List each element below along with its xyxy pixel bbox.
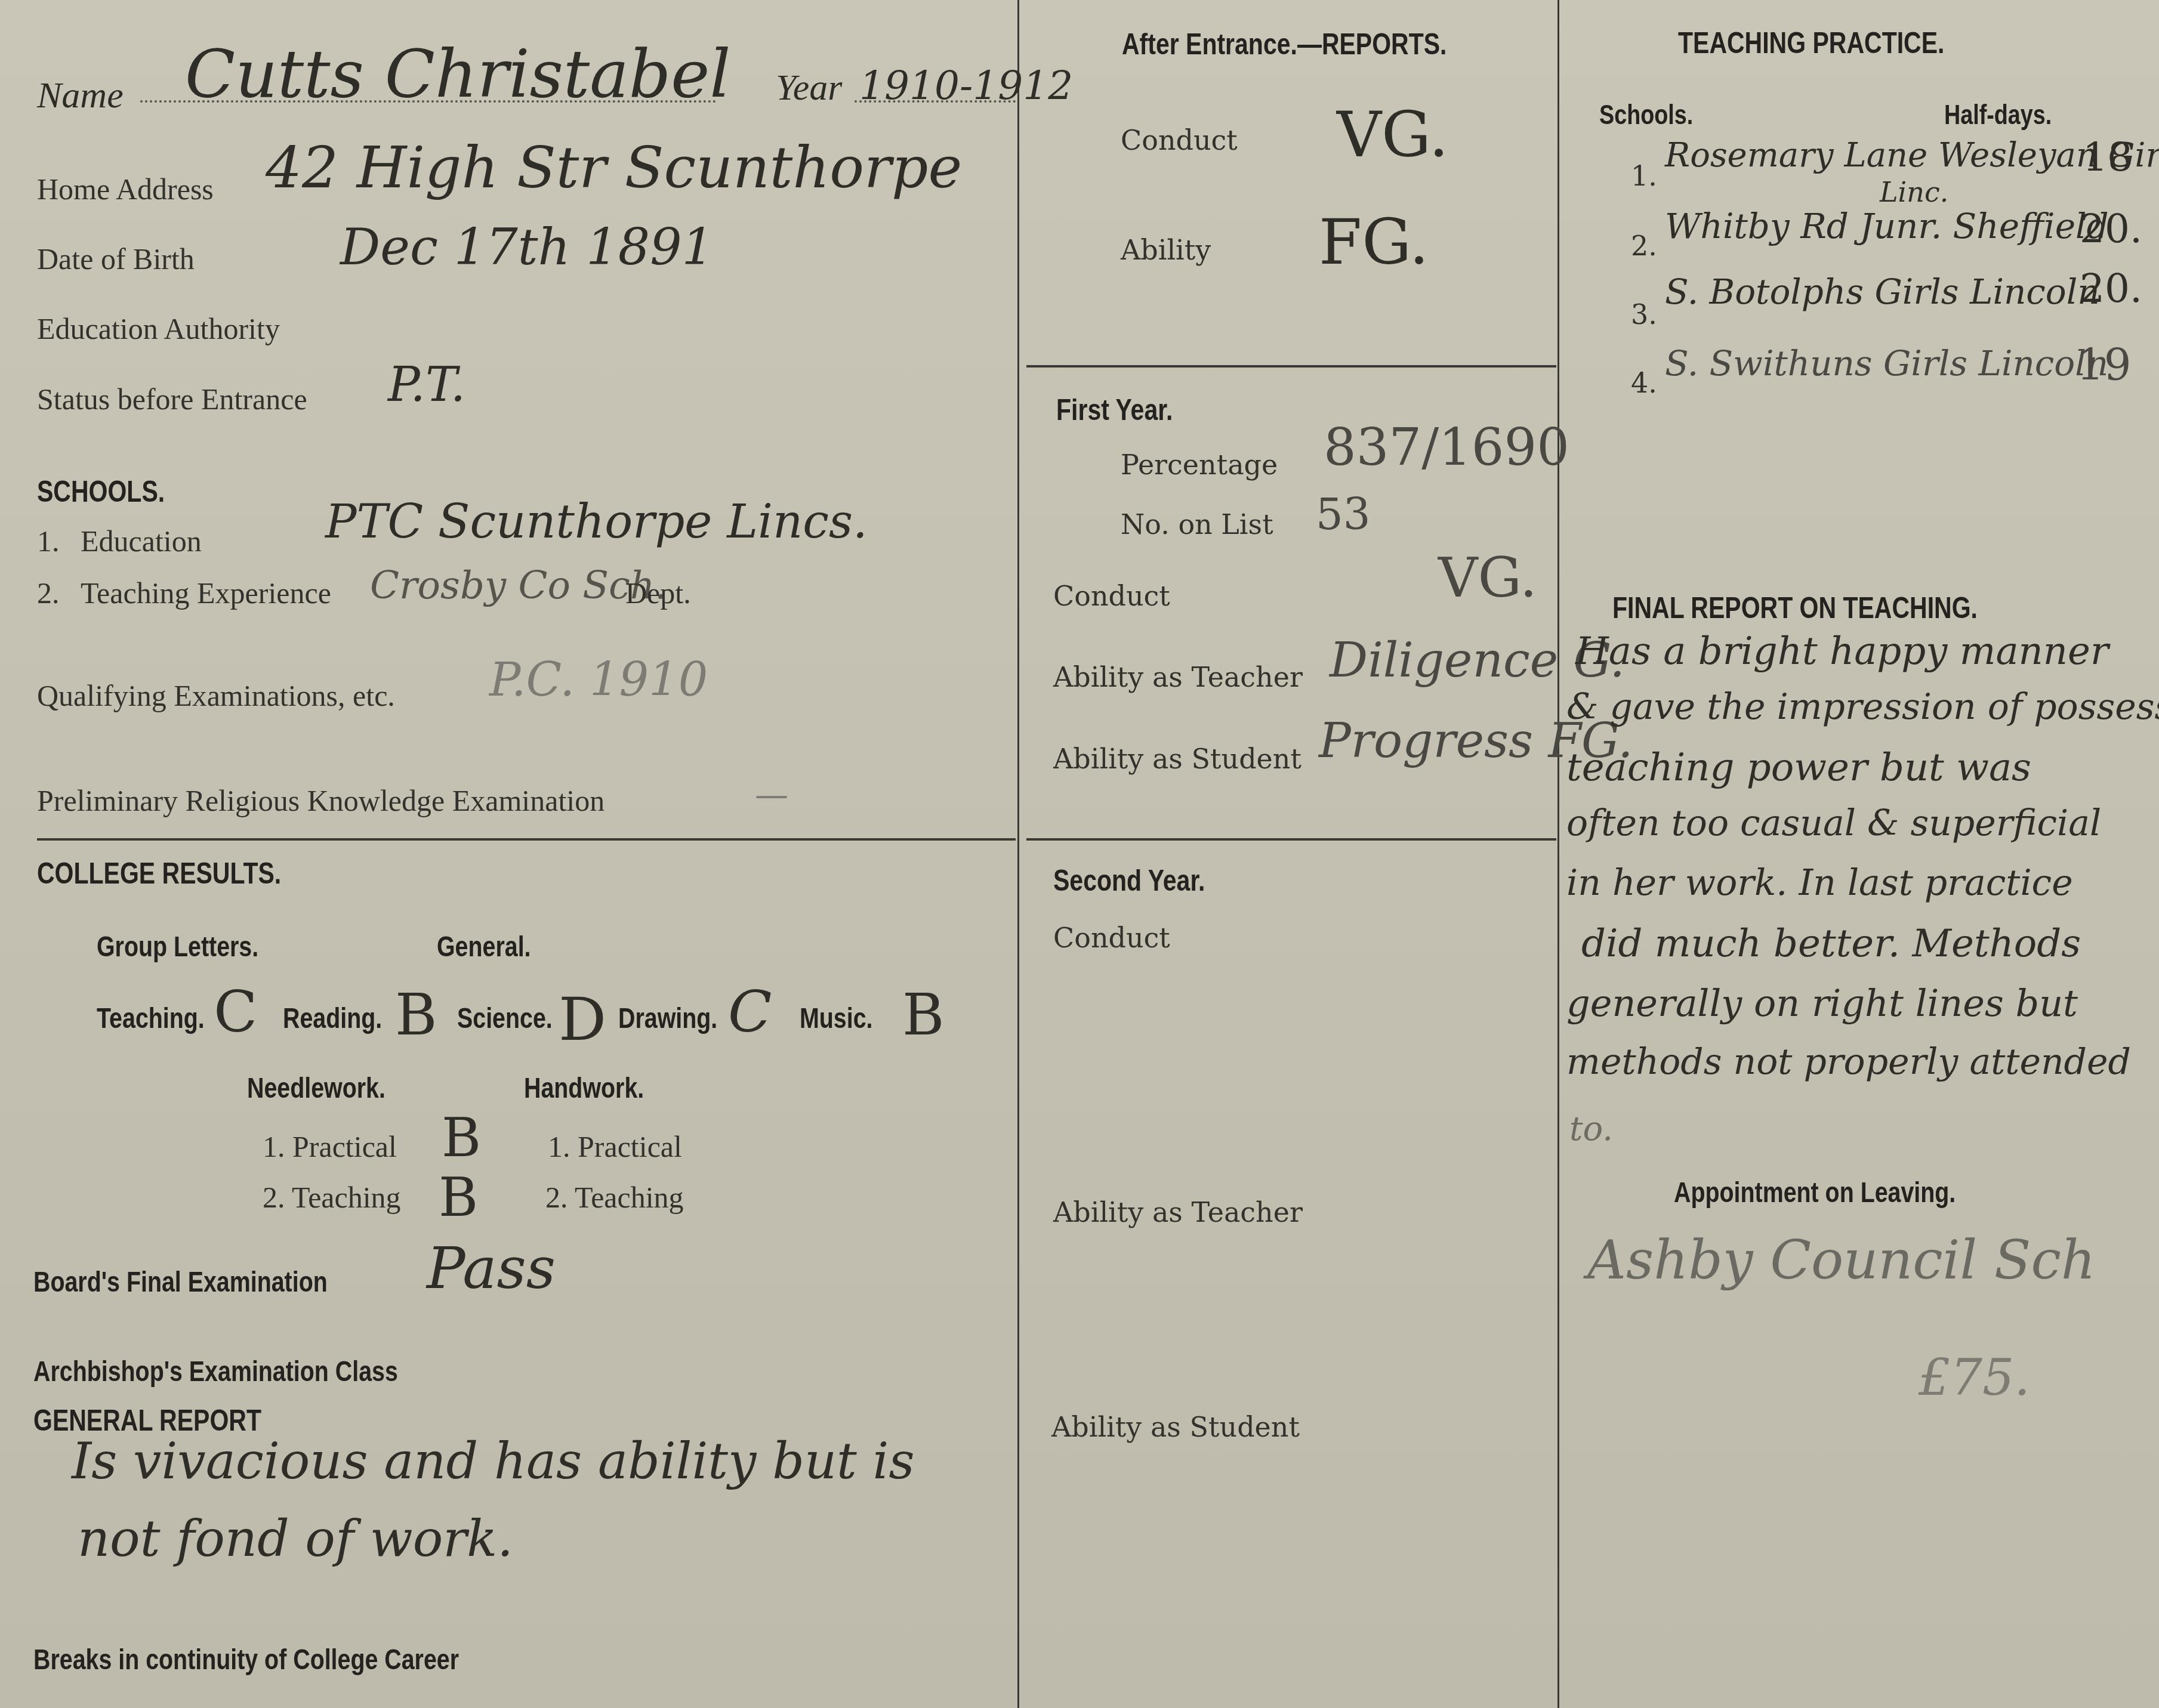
archbishop-label: Archbishop's Examination Class: [33, 1355, 398, 1388]
schools-column-label: Schools.: [1599, 98, 1693, 131]
education-label: Education: [81, 524, 202, 558]
after-entrance-conduct-value: VG.: [1337, 98, 1449, 171]
practice-entry-halfdays: 20.: [2080, 206, 2142, 252]
college-results-heading: COLLEGE RESULTS.: [37, 856, 281, 891]
handwork-label: Handwork.: [524, 1072, 644, 1105]
first-year-conduct-label: Conduct: [1053, 580, 1170, 612]
second-year-ability-student-label: Ability as Student: [1051, 1411, 1300, 1443]
grade-reading-label: Reading.: [283, 1002, 382, 1035]
teaching-practice-heading: TEACHING PRACTICE.: [1678, 26, 1944, 60]
column-divider-left: [1017, 0, 1019, 1708]
second-year-ability-teacher-label: Ability as Teacher: [1053, 1196, 1303, 1228]
column-divider-right: [1557, 0, 1559, 1708]
year-label: Year: [776, 67, 842, 109]
final-report-heading: FINAL REPORT ON TEACHING.: [1612, 591, 1978, 625]
education-num: 1.: [37, 524, 60, 558]
status-value: P.T.: [388, 357, 465, 412]
final-report-line: did much better. Methods: [1581, 922, 2081, 966]
practice-entry-halfdays: 19: [2077, 340, 2132, 390]
handwork-practical-label: 1. Practical: [548, 1129, 682, 1164]
grade-music-value: B: [902, 981, 945, 1048]
name-label: Name: [37, 75, 124, 117]
practice-entry-school: Whitby Rd Junr. Sheffield: [1665, 206, 2109, 246]
after-entrance-ability-label: Ability: [1121, 234, 1211, 266]
first-year-conduct-value: VG.: [1438, 546, 1537, 610]
handwork-teaching-label: 2. Teaching: [545, 1180, 684, 1215]
grade-science-label: Science.: [457, 1002, 553, 1035]
appointment-salary: £75.: [1919, 1348, 2030, 1407]
religious-value: —: [755, 776, 788, 814]
halfdays-column-label: Half-days.: [1944, 98, 2052, 131]
appointment-heading: Appointment on Leaving.: [1674, 1176, 1956, 1209]
general-report-line1: Is vivacious and has ability but is: [72, 1432, 915, 1490]
second-year-heading: Second Year.: [1053, 863, 1205, 898]
year-value: 1910-1912: [859, 63, 1073, 109]
education-authority-label: Education Authority: [37, 311, 280, 346]
section-divider-schools: [37, 838, 1016, 841]
teaching-exp-value: Crosby Co Sch.: [370, 564, 667, 608]
second-year-conduct-label: Conduct: [1053, 922, 1170, 954]
final-report-line: Has a bright happy manner: [1575, 629, 2109, 674]
education-value: PTC Scunthorpe Lincs.: [325, 495, 868, 549]
final-report-line: generally on right lines but: [1566, 981, 2078, 1025]
no-on-list-label: No. on List: [1121, 508, 1273, 540]
final-report-line: & gave the impression of possessing: [1566, 686, 2159, 728]
dob-value: Dec 17th 1891: [340, 218, 714, 276]
first-year-ability-teacher-label: Ability as Teacher: [1053, 661, 1303, 693]
status-label: Status before Entrance: [37, 382, 307, 416]
final-report-line: in her work. In last practice: [1566, 862, 2073, 904]
record-card: Name Cutts Christabel Year 1910-1912 Hom…: [0, 0, 2159, 1708]
after-entrance-ability-value: FG.: [1319, 206, 1429, 279]
qualifying-label: Qualifying Examinations, etc.: [37, 678, 395, 713]
home-address-label: Home Address: [37, 172, 214, 206]
practice-entry-school: S. Swithuns Girls Lincoln: [1665, 343, 2108, 384]
practice-entry-halfdays: 20.: [2080, 265, 2142, 311]
general-grades-row: Teaching. C Reading. B Science. D Drawin…: [97, 978, 992, 1050]
name-value: Cutts Christabel: [185, 36, 731, 112]
practice-entry-num: 2.: [1631, 230, 1657, 262]
after-entrance-heading: After Entrance.—REPORTS.: [1122, 27, 1446, 61]
needlework-teaching-value: B: [439, 1166, 478, 1229]
final-report-line: often too casual & superficial: [1566, 802, 2101, 844]
practice-entry-school-line2: Linc.: [1880, 176, 1948, 208]
practice-entry-num: 3.: [1631, 298, 1657, 331]
first-year-heading: First Year.: [1056, 393, 1173, 427]
no-on-list-value: 53: [1316, 489, 1371, 539]
first-year-ability-student-label: Ability as Student: [1053, 743, 1301, 775]
group-letters-label: Group Letters.: [97, 931, 258, 963]
grade-reading-value: B: [395, 981, 437, 1048]
grade-music-label: Music.: [800, 1002, 872, 1035]
after-entrance-conduct-label: Conduct: [1121, 124, 1238, 156]
dept-label: Dept.: [625, 576, 691, 610]
grade-teaching-label: Teaching.: [97, 1002, 205, 1035]
percentage-value: 837/1690: [1324, 418, 1569, 477]
dob-label: Date of Birth: [37, 242, 195, 276]
practice-entry-num: 1.: [1631, 160, 1657, 192]
breaks-label: Breaks in continuity of College Career: [33, 1644, 459, 1676]
teaching-exp-num: 2.: [37, 576, 60, 610]
appointment-value: Ashby Council Sch: [1587, 1229, 2096, 1292]
grade-drawing-value: C: [728, 978, 772, 1045]
grade-drawing-label: Drawing.: [618, 1002, 717, 1035]
grade-science-value: D: [559, 984, 606, 1054]
general-report-line2: not fond of work.: [78, 1509, 513, 1568]
boards-final-value: Pass: [427, 1235, 556, 1302]
boards-final-label: Board's Final Examination: [33, 1266, 328, 1299]
grade-teaching-value: C: [214, 978, 257, 1045]
practice-entry-halfdays: 18: [2083, 134, 2133, 180]
religious-label: Preliminary Religious Knowledge Examinat…: [37, 783, 604, 818]
section-divider-second-year: [1026, 838, 1556, 841]
teaching-exp-label: Teaching Experience: [81, 576, 331, 610]
practice-entry-num: 4.: [1631, 367, 1657, 399]
needlework-practical-label: 1. Practical: [263, 1129, 397, 1164]
section-divider-first-year: [1026, 365, 1556, 367]
general-label: General.: [437, 931, 531, 963]
needlework-teaching-label: 2. Teaching: [263, 1180, 401, 1215]
home-address-value: 42 High Str Scunthorpe: [266, 134, 962, 201]
qualifying-value: P.C. 1910: [489, 653, 708, 707]
practice-entry-school: S. Botolphs Girls Lincoln: [1665, 271, 2100, 312]
final-report-line: methods not properly attended: [1566, 1041, 2131, 1083]
final-report-line: to.: [1569, 1110, 1613, 1148]
needlework-practical-value: B: [442, 1107, 481, 1169]
percentage-label: Percentage: [1121, 449, 1278, 481]
schools-heading: SCHOOLS.: [37, 474, 165, 509]
final-report-line: teaching power but was: [1566, 746, 2031, 790]
needlework-label: Needlework.: [247, 1072, 385, 1105]
